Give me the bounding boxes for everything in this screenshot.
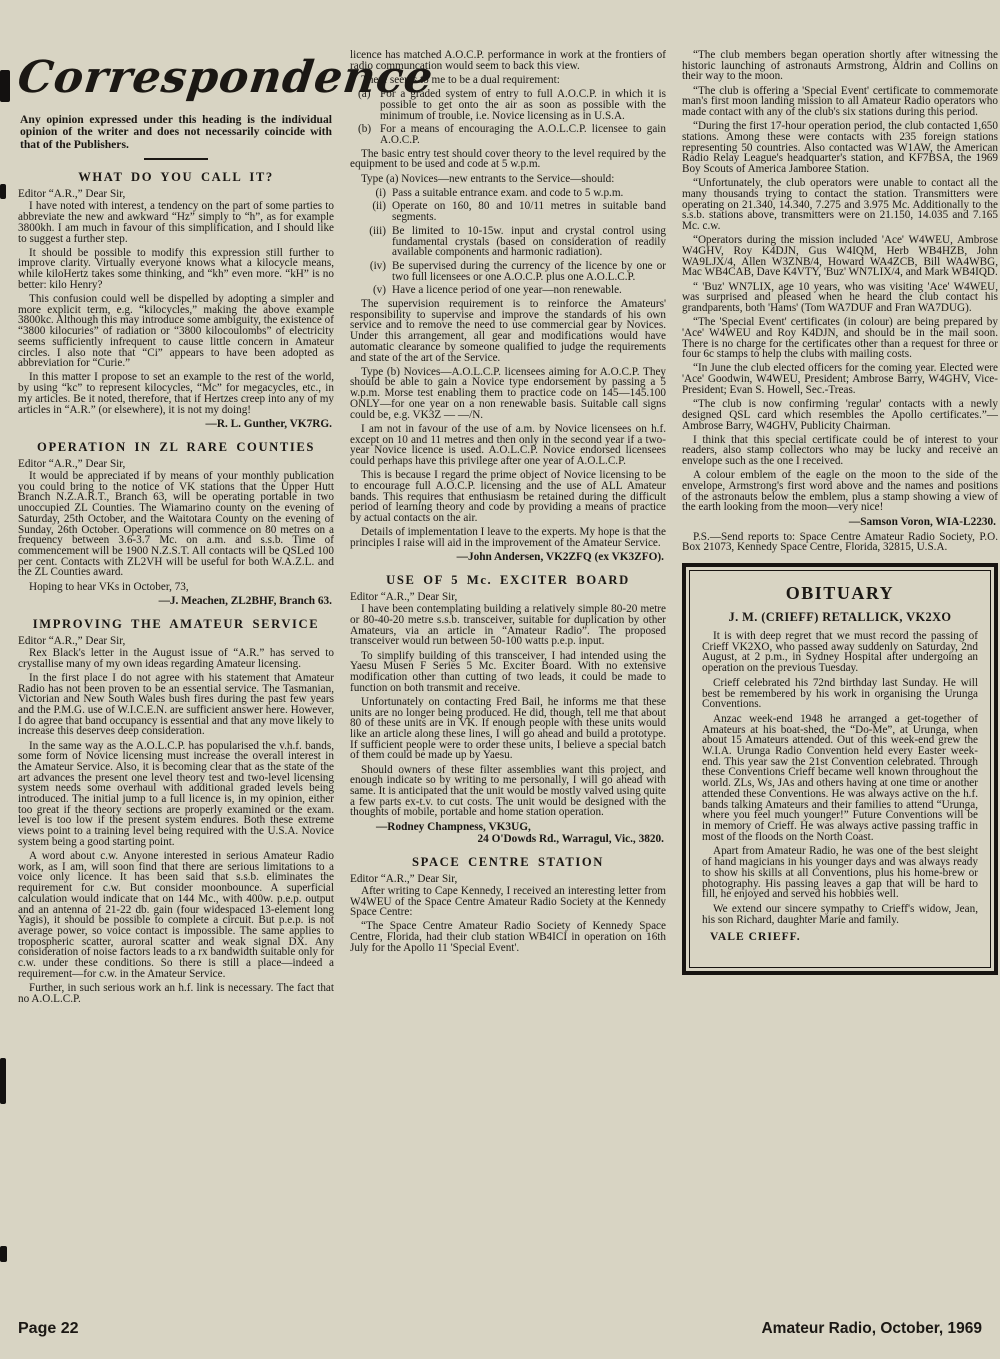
obituary-paragraph: We extend our sincere sympathy to Crieff… bbox=[702, 904, 978, 925]
paragraph: “During the first 17-hour operation peri… bbox=[682, 121, 998, 175]
paragraph: Should owners of these filter assemblies… bbox=[350, 765, 666, 819]
column-2: licence has matched A.O.C.P. performance… bbox=[350, 50, 666, 1008]
obituary-inner: OBITUARYJ. M. (CRIEFF) RETALLICK, VK2XOI… bbox=[689, 570, 991, 968]
ink-smudge bbox=[0, 1058, 6, 1104]
paragraph: To simplify building of this transceiver… bbox=[350, 651, 666, 694]
paragraph: “In June the club elected officers for t… bbox=[682, 363, 998, 395]
paragraph: “ 'Buz' WN7LIX, age 10 years, who was vi… bbox=[682, 282, 998, 314]
paragraph: A word about c.w. Anyone interested in s… bbox=[18, 851, 334, 979]
obituary-name: J. M. (CRIEFF) RETALLICK, VK2XO bbox=[702, 610, 978, 625]
obituary-paragraph: Anzac week-end 1948 he arranged a get-to… bbox=[702, 714, 978, 842]
paragraph: The supervision requirement is to reinfo… bbox=[350, 299, 666, 363]
signature: —John Andersen, VK2ZFQ (ex VK3ZFO). bbox=[350, 552, 664, 563]
numbered-item: (b)For a means of encouraging the A.O.L.… bbox=[350, 124, 666, 145]
signature: —Samson Voron, WIA-L2230. bbox=[682, 517, 996, 528]
paragraph: The basic entry test should cover theory… bbox=[350, 149, 666, 170]
section-heading: USE OF 5 Mc. EXCITER BOARD bbox=[350, 573, 666, 588]
masthead-disclaimer: Any opinion expressed under this heading… bbox=[20, 114, 332, 151]
page-content: Correspondence Any opinion expressed und… bbox=[18, 50, 982, 1008]
section-heading: WHAT DO YOU CALL IT? bbox=[18, 170, 334, 185]
paragraph: This is because I regard the prime objec… bbox=[350, 470, 666, 524]
numbered-item: (v)Have a licence period of one year—non… bbox=[350, 285, 666, 296]
item-text: For a means of encouraging the A.O.L.C.P… bbox=[380, 124, 666, 145]
salutation: Editor “A.R.,” Dear Sir, bbox=[18, 459, 334, 470]
magazine-page: Correspondence Any opinion expressed und… bbox=[0, 0, 1000, 1359]
column-1-blocks: WHAT DO YOU CALL IT?Editor “A.R.,” Dear … bbox=[18, 170, 334, 1004]
numbered-item: (iii)Be limited to 10-15w. input and cry… bbox=[350, 226, 666, 258]
item-marker: (iii) bbox=[350, 226, 392, 258]
paragraph: “The club is now confirming 'regular' co… bbox=[682, 399, 998, 431]
numbered-item: (iv)Be supervised during the currency of… bbox=[350, 261, 666, 282]
item-marker: (b) bbox=[350, 124, 380, 145]
signature: —J. Meachen, ZL2BHF, Branch 63. bbox=[18, 596, 332, 607]
paragraph: I have noted with interest, a tendency o… bbox=[18, 201, 334, 244]
signature-address: 24 O'Dowds Rd., Warragul, Vic., 3820. bbox=[350, 834, 664, 845]
obituary-paragraph: Crieff celebrated his 72nd birthday last… bbox=[702, 678, 978, 710]
paragraph: “Unfortunately, the club operators were … bbox=[682, 178, 998, 232]
journal-name-date: Amateur Radio, October, 1969 bbox=[761, 1320, 982, 1338]
paragraph: “The club is offering a 'Special Event' … bbox=[682, 86, 998, 118]
paragraph: P.S.—Send reports to: Space Centre Amate… bbox=[682, 532, 998, 553]
paragraph: Further, in such serious work an h.f. li… bbox=[18, 983, 334, 1004]
column-3-blocks: “The club members began operation shortl… bbox=[682, 50, 998, 975]
paragraph: Details of implementation I leave to the… bbox=[350, 527, 666, 548]
signature: —R. L. Gunther, VK7RG. bbox=[18, 419, 332, 430]
obituary-paragraph: Apart from Amateur Radio, he was one of … bbox=[702, 846, 978, 900]
paragraph: I think that this special certificate co… bbox=[682, 435, 998, 467]
ink-smudge bbox=[0, 70, 10, 102]
page-number: Page 22 bbox=[18, 1320, 78, 1338]
item-marker: (v) bbox=[350, 285, 392, 296]
section-heading: IMPROVING THE AMATEUR SERVICE bbox=[18, 617, 334, 632]
masthead-title: Correspondence bbox=[15, 52, 337, 104]
numbered-item: (ii)Operate on 160, 80 and 10/11 metres … bbox=[350, 201, 666, 222]
obituary-vale: VALE CRIEFF. bbox=[702, 930, 978, 943]
obituary-heading: OBITUARY bbox=[702, 583, 978, 604]
column-2-blocks: licence has matched A.O.C.P. performance… bbox=[350, 50, 666, 954]
paragraph: This confusion could well be dispelled b… bbox=[18, 294, 334, 369]
column-1: Correspondence Any opinion expressed und… bbox=[18, 50, 334, 1008]
divider bbox=[144, 158, 208, 160]
salutation: Editor “A.R.,” Dear Sir, bbox=[18, 636, 334, 647]
paragraph: “The club members began operation shortl… bbox=[682, 50, 998, 82]
item-marker: (i) bbox=[350, 188, 392, 199]
ink-smudge bbox=[0, 184, 6, 199]
item-marker: (ii) bbox=[350, 201, 392, 222]
column-3: “The club members began operation shortl… bbox=[682, 50, 998, 1008]
salutation: Editor “A.R.,” Dear Sir, bbox=[350, 874, 666, 885]
item-text: Operate on 160, 80 and 10/11 metres in s… bbox=[392, 201, 666, 222]
paragraph: “The Space Centre Amateur Radio Society … bbox=[350, 921, 666, 953]
paragraph: In the first place I do not agree with h… bbox=[18, 673, 334, 737]
item-text: Be limited to 10-15w. input and crystal … bbox=[392, 226, 666, 258]
item-text: Be supervised during the currency of the… bbox=[392, 261, 666, 282]
paragraph: “Operators during the mission included '… bbox=[682, 235, 998, 278]
numbered-item: (i)Pass a suitable entrance exam. and co… bbox=[350, 188, 666, 199]
paragraph: In this matter I propose to set an examp… bbox=[18, 372, 334, 415]
section-heading: OPERATION IN ZL RARE COUNTIES bbox=[18, 440, 334, 455]
item-text: Have a licence period of one year—non re… bbox=[392, 285, 666, 296]
paragraph: I have been contemplating building a rel… bbox=[350, 604, 666, 647]
salutation: Editor “A.R.,” Dear Sir, bbox=[18, 189, 334, 200]
paragraph: Unfortunately on contacting Fred Bail, h… bbox=[350, 697, 666, 761]
paragraph: A colour emblem of the eagle on the moon… bbox=[682, 470, 998, 513]
paragraph: Hoping to hear VKs in October, 73, bbox=[18, 582, 334, 593]
paragraph: “The 'Special Event' certificates (in co… bbox=[682, 317, 998, 360]
obituary-box: OBITUARYJ. M. (CRIEFF) RETALLICK, VK2XOI… bbox=[682, 563, 998, 975]
signature: —Rodney Champness, VK3UG, bbox=[350, 822, 666, 833]
obituary-paragraph: It is with deep regret that we must reco… bbox=[702, 631, 978, 674]
paragraph: Type (a) Novices—new entrants to the Ser… bbox=[350, 174, 666, 185]
page-footer: Page 22 Amateur Radio, October, 1969 bbox=[18, 1320, 982, 1338]
paragraph: I am not in favour of the use of a.m. by… bbox=[350, 424, 666, 467]
paragraph: Rex Black's letter in the August issue o… bbox=[18, 648, 334, 669]
ink-smudge bbox=[0, 1246, 7, 1262]
paragraph: It would be appreciated if by means of y… bbox=[18, 471, 334, 578]
paragraph: In the same way as the A.O.L.C.P. has po… bbox=[18, 741, 334, 848]
paragraph: Type (b) Novices—A.O.L.C.P. licensees ai… bbox=[350, 367, 666, 421]
item-marker: (iv) bbox=[350, 261, 392, 282]
salutation: Editor “A.R.,” Dear Sir, bbox=[350, 592, 666, 603]
paragraph: It should be possible to modify this exp… bbox=[18, 248, 334, 291]
paragraph: After writing to Cape Kennedy, I receive… bbox=[350, 886, 666, 918]
item-text: Pass a suitable entrance exam. and code … bbox=[392, 188, 666, 199]
section-heading: SPACE CENTRE STATION bbox=[350, 855, 666, 870]
